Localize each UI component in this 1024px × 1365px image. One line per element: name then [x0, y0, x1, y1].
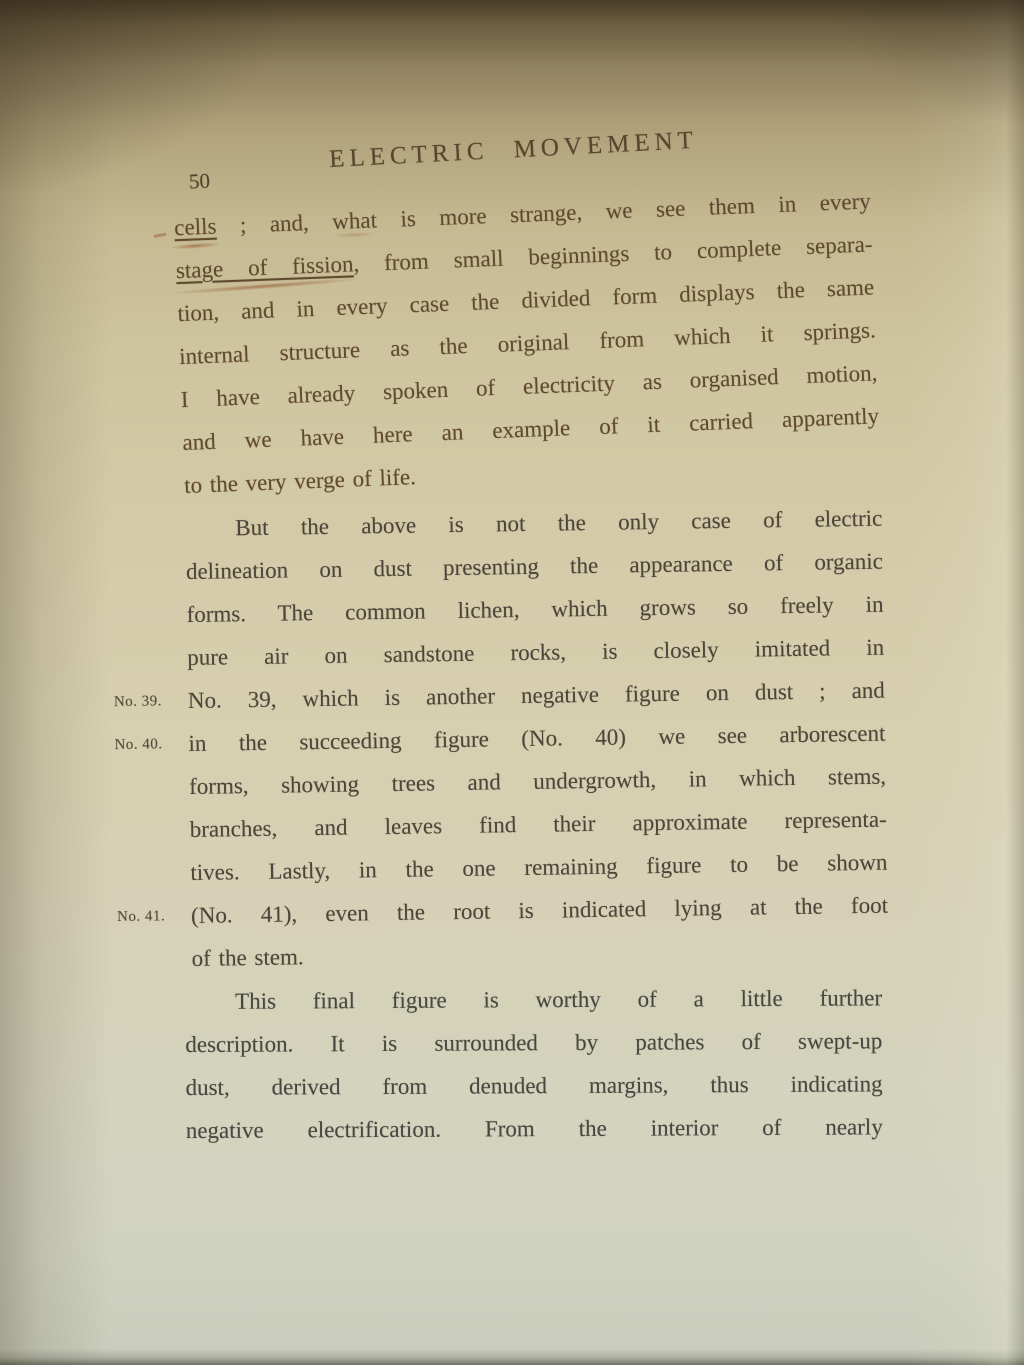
line-text: (No. 41), even the root is indicated lyi…	[191, 893, 888, 928]
underlined-word-cells: cells	[174, 214, 217, 241]
page-text: cells ; and, what is more strange, we se…	[185, 206, 882, 1152]
text-line: description. It is surrounded by patches…	[185, 1019, 882, 1066]
book-page-photo: 50 ELECTRIC MOVEMENT cells ; and, what i…	[0, 0, 1024, 1365]
pencil-dash-mark	[153, 233, 166, 238]
line-text: ; and,	[216, 209, 333, 238]
text-line: negative electrification. From the inter…	[186, 1105, 883, 1152]
text-line: dust, derived from denuded margins, thus…	[185, 1062, 882, 1109]
margin-note-no-41: No. 41.	[117, 895, 188, 939]
smudged-word-what: what	[332, 207, 378, 234]
line-text: in the succeeding figure (No. 40) we see…	[188, 721, 885, 756]
margin-note-no-40: No. 40.	[114, 723, 185, 767]
text-line: of the stem.	[191, 927, 889, 980]
underlined-phrase-stage-of-fission: stage of fission	[175, 251, 353, 283]
paragraph-continuation: cells ; and, what is more strange, we se…	[173, 179, 881, 507]
paragraph-2: But the above is not the only case of el…	[185, 497, 889, 980]
text-line: This final figure is worthy of a little …	[185, 976, 882, 1023]
paragraph-3: This final figure is worthy of a little …	[185, 976, 883, 1152]
page-number: 50	[188, 169, 210, 195]
margin-note-no-39: No. 39.	[114, 680, 185, 724]
line-text: No. 39, which is another negative figure…	[188, 678, 885, 713]
running-title: ELECTRIC MOVEMENT	[329, 127, 699, 174]
